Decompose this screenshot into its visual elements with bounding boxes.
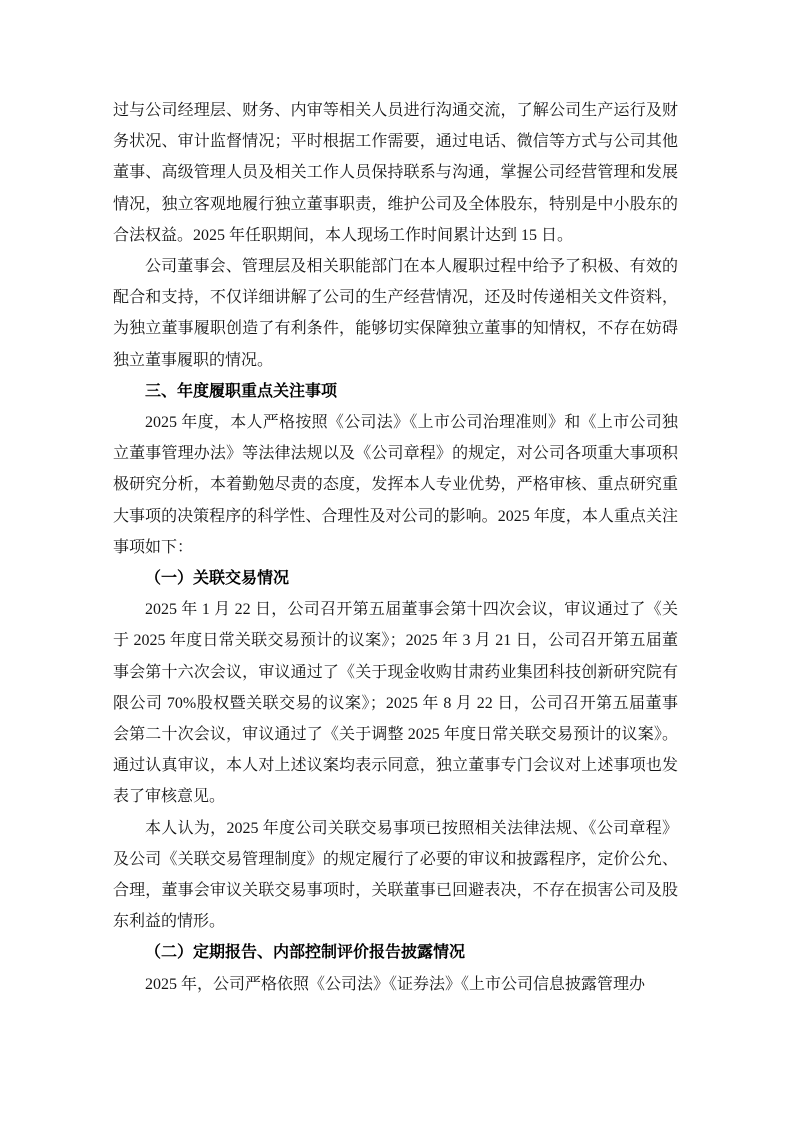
paragraph-duty-performance-continuation: 过与公司经理层、财务、内审等相关人员进行沟通交流，了解公司生产运行及财务状况、审… xyxy=(113,95,678,251)
paragraph-related-party-opinion: 本人认为，2025 年度公司关联交易事项已按照相关法律法规、《公司章程》及公司《… xyxy=(113,813,678,938)
paragraph-review-principles: 2025 年度，本人严格按照《公司法》《上市公司治理准则》和《上市公司独立董事管… xyxy=(113,407,678,563)
document-page: 过与公司经理层、财务、内审等相关人员进行沟通交流，了解公司生产运行及财务状况、审… xyxy=(0,0,793,1122)
subsection-heading-periodic-reports-disclosure: （二）定期报告、内部控制评价报告披露情况 xyxy=(113,937,678,968)
subsection-heading-related-party-transactions: （一）关联交易情况 xyxy=(113,563,678,594)
paragraph-disclosure-compliance-truncated: 2025 年，公司严格依照《公司法》《证券法》《上市公司信息披露管理办 xyxy=(113,969,678,1000)
paragraph-board-support: 公司董事会、管理层及相关职能部门在本人履职过程中给予了积极、有效的配合和支持，不… xyxy=(113,251,678,376)
paragraph-related-party-meetings: 2025 年 1 月 22 日，公司召开第五届董事会第十四次会议，审议通过了《关… xyxy=(113,594,678,812)
section-heading-annual-focus-items: 三、年度履职重点关注事项 xyxy=(113,376,678,407)
